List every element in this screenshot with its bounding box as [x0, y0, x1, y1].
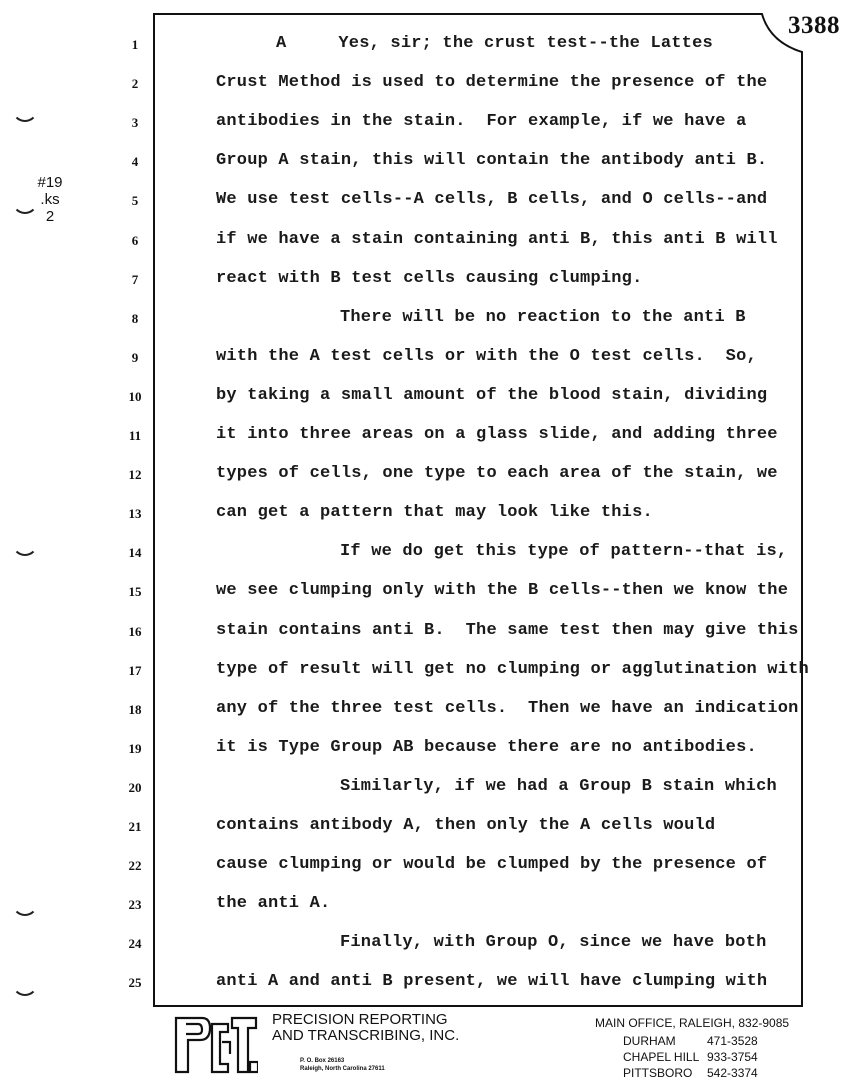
line-number: 24: [122, 936, 148, 952]
transcript-line: We use test cells--A cells, B cells, and…: [216, 190, 767, 209]
address-line: Raleigh, North Carolina 27611: [300, 1065, 385, 1073]
line-number: 23: [122, 897, 148, 913]
transcript-line: if we have a stain containing anti B, th…: [216, 230, 778, 249]
office-row: PITTSBORO542-3374: [623, 1066, 758, 1080]
transcript-line: Group A stain, this will contain the ant…: [216, 151, 767, 170]
transcript-line: anti A and anti B present, we will have …: [216, 972, 767, 991]
transcript-line: If we do get this type of pattern--that …: [340, 542, 787, 561]
transcript-line: the anti A.: [216, 894, 330, 913]
transcript-line: Similarly, if we had a Group B stain whi…: [340, 777, 777, 796]
transcript-line: by taking a small amount of the blood st…: [216, 386, 767, 405]
transcript-line: Finally, with Group O, since we have bot…: [340, 933, 766, 952]
address-line: P. O. Box 26163: [300, 1057, 385, 1065]
line-number: 18: [122, 702, 148, 718]
office-city: PITTSBORO: [623, 1066, 707, 1080]
line-number: 19: [122, 741, 148, 757]
company-address: P. O. Box 26163 Raleigh, North Carolina …: [300, 1057, 385, 1073]
line-number: 21: [122, 819, 148, 835]
office-city: DURHAM: [623, 1034, 707, 1048]
transcript-line: any of the three test cells. Then we hav…: [216, 699, 799, 718]
line-number: 20: [122, 780, 148, 796]
punch-hole-mark: [12, 530, 38, 556]
line-number: 1: [122, 37, 148, 53]
punch-hole-mark: [12, 970, 38, 996]
company-line: AND TRANSCRIBING, INC.: [272, 1028, 459, 1044]
line-number: 15: [122, 584, 148, 600]
transcript-line: it into three areas on a glass slide, an…: [216, 425, 778, 444]
line-number: 7: [122, 272, 148, 288]
transcript-line: can get a pattern that may look like thi…: [216, 503, 653, 522]
line-number: 17: [122, 663, 148, 679]
transcript-line: type of result will get no clumping or a…: [216, 660, 809, 679]
transcript-line: antibodies in the stain. For example, if…: [216, 112, 747, 131]
office-phone: 542-3374: [707, 1066, 758, 1080]
margin-note-line: #19: [30, 174, 70, 191]
office-row: DURHAM471-3528: [623, 1034, 758, 1048]
line-number: 2: [122, 76, 148, 92]
punch-hole-mark: [12, 96, 38, 122]
transcript-line: react with B test cells causing clumping…: [216, 269, 642, 288]
margin-note-line: 2: [30, 208, 70, 225]
transcript-line: contains antibody A, then only the A cel…: [216, 816, 715, 835]
transcript-line: There will be no reaction to the anti B: [340, 308, 746, 327]
transcript-line: types of cells, one type to each area of…: [216, 464, 778, 483]
company-line: PRECISION REPORTING: [272, 1012, 459, 1028]
office-city: CHAPEL HILL: [623, 1050, 707, 1064]
line-number: 9: [122, 350, 148, 366]
line-number: 5: [122, 193, 148, 209]
pt-logo: P&T.: [172, 1014, 258, 1076]
office-row: CHAPEL HILL933-3754: [623, 1050, 758, 1064]
office-phone: 471-3528: [707, 1034, 758, 1048]
company-name: PRECISION REPORTING AND TRANSCRIBING, IN…: [272, 1012, 459, 1044]
transcript-line: we see clumping only with the B cells--t…: [216, 581, 788, 600]
footer: P&T. PRECISION REPORTING AND TRANSCRIBIN…: [0, 1010, 860, 1083]
line-number: 12: [122, 467, 148, 483]
transcript-line: A Yes, sir; the crust test--the Lattes: [276, 34, 713, 53]
line-number: 8: [122, 311, 148, 327]
transcript-line: it is Type Group AB because there are no…: [216, 738, 757, 757]
line-number: 14: [122, 545, 148, 561]
line-number: 13: [122, 506, 148, 522]
line-number: 16: [122, 624, 148, 640]
punch-hole-mark: [12, 188, 38, 214]
punch-hole-mark: [12, 890, 38, 916]
line-number: 4: [122, 154, 148, 170]
transcript-line: with the A test cells or with the O test…: [216, 347, 757, 366]
transcript-line: cause clumping or would be clumped by th…: [216, 855, 767, 874]
line-number: 3: [122, 115, 148, 131]
line-number: 25: [122, 975, 148, 991]
office-phone: 933-3754: [707, 1050, 758, 1064]
logo-text: P&T.: [172, 1014, 175, 1015]
main-office: MAIN OFFICE, RALEIGH, 832-9085: [595, 1016, 789, 1030]
line-number: 22: [122, 858, 148, 874]
page-number: 3388: [788, 12, 840, 40]
line-number: 6: [122, 233, 148, 249]
line-number: 11: [122, 428, 148, 444]
transcript-line: stain contains anti B. The same test the…: [216, 621, 799, 640]
line-number: 10: [122, 389, 148, 405]
transcript-line: Crust Method is used to determine the pr…: [216, 73, 767, 92]
